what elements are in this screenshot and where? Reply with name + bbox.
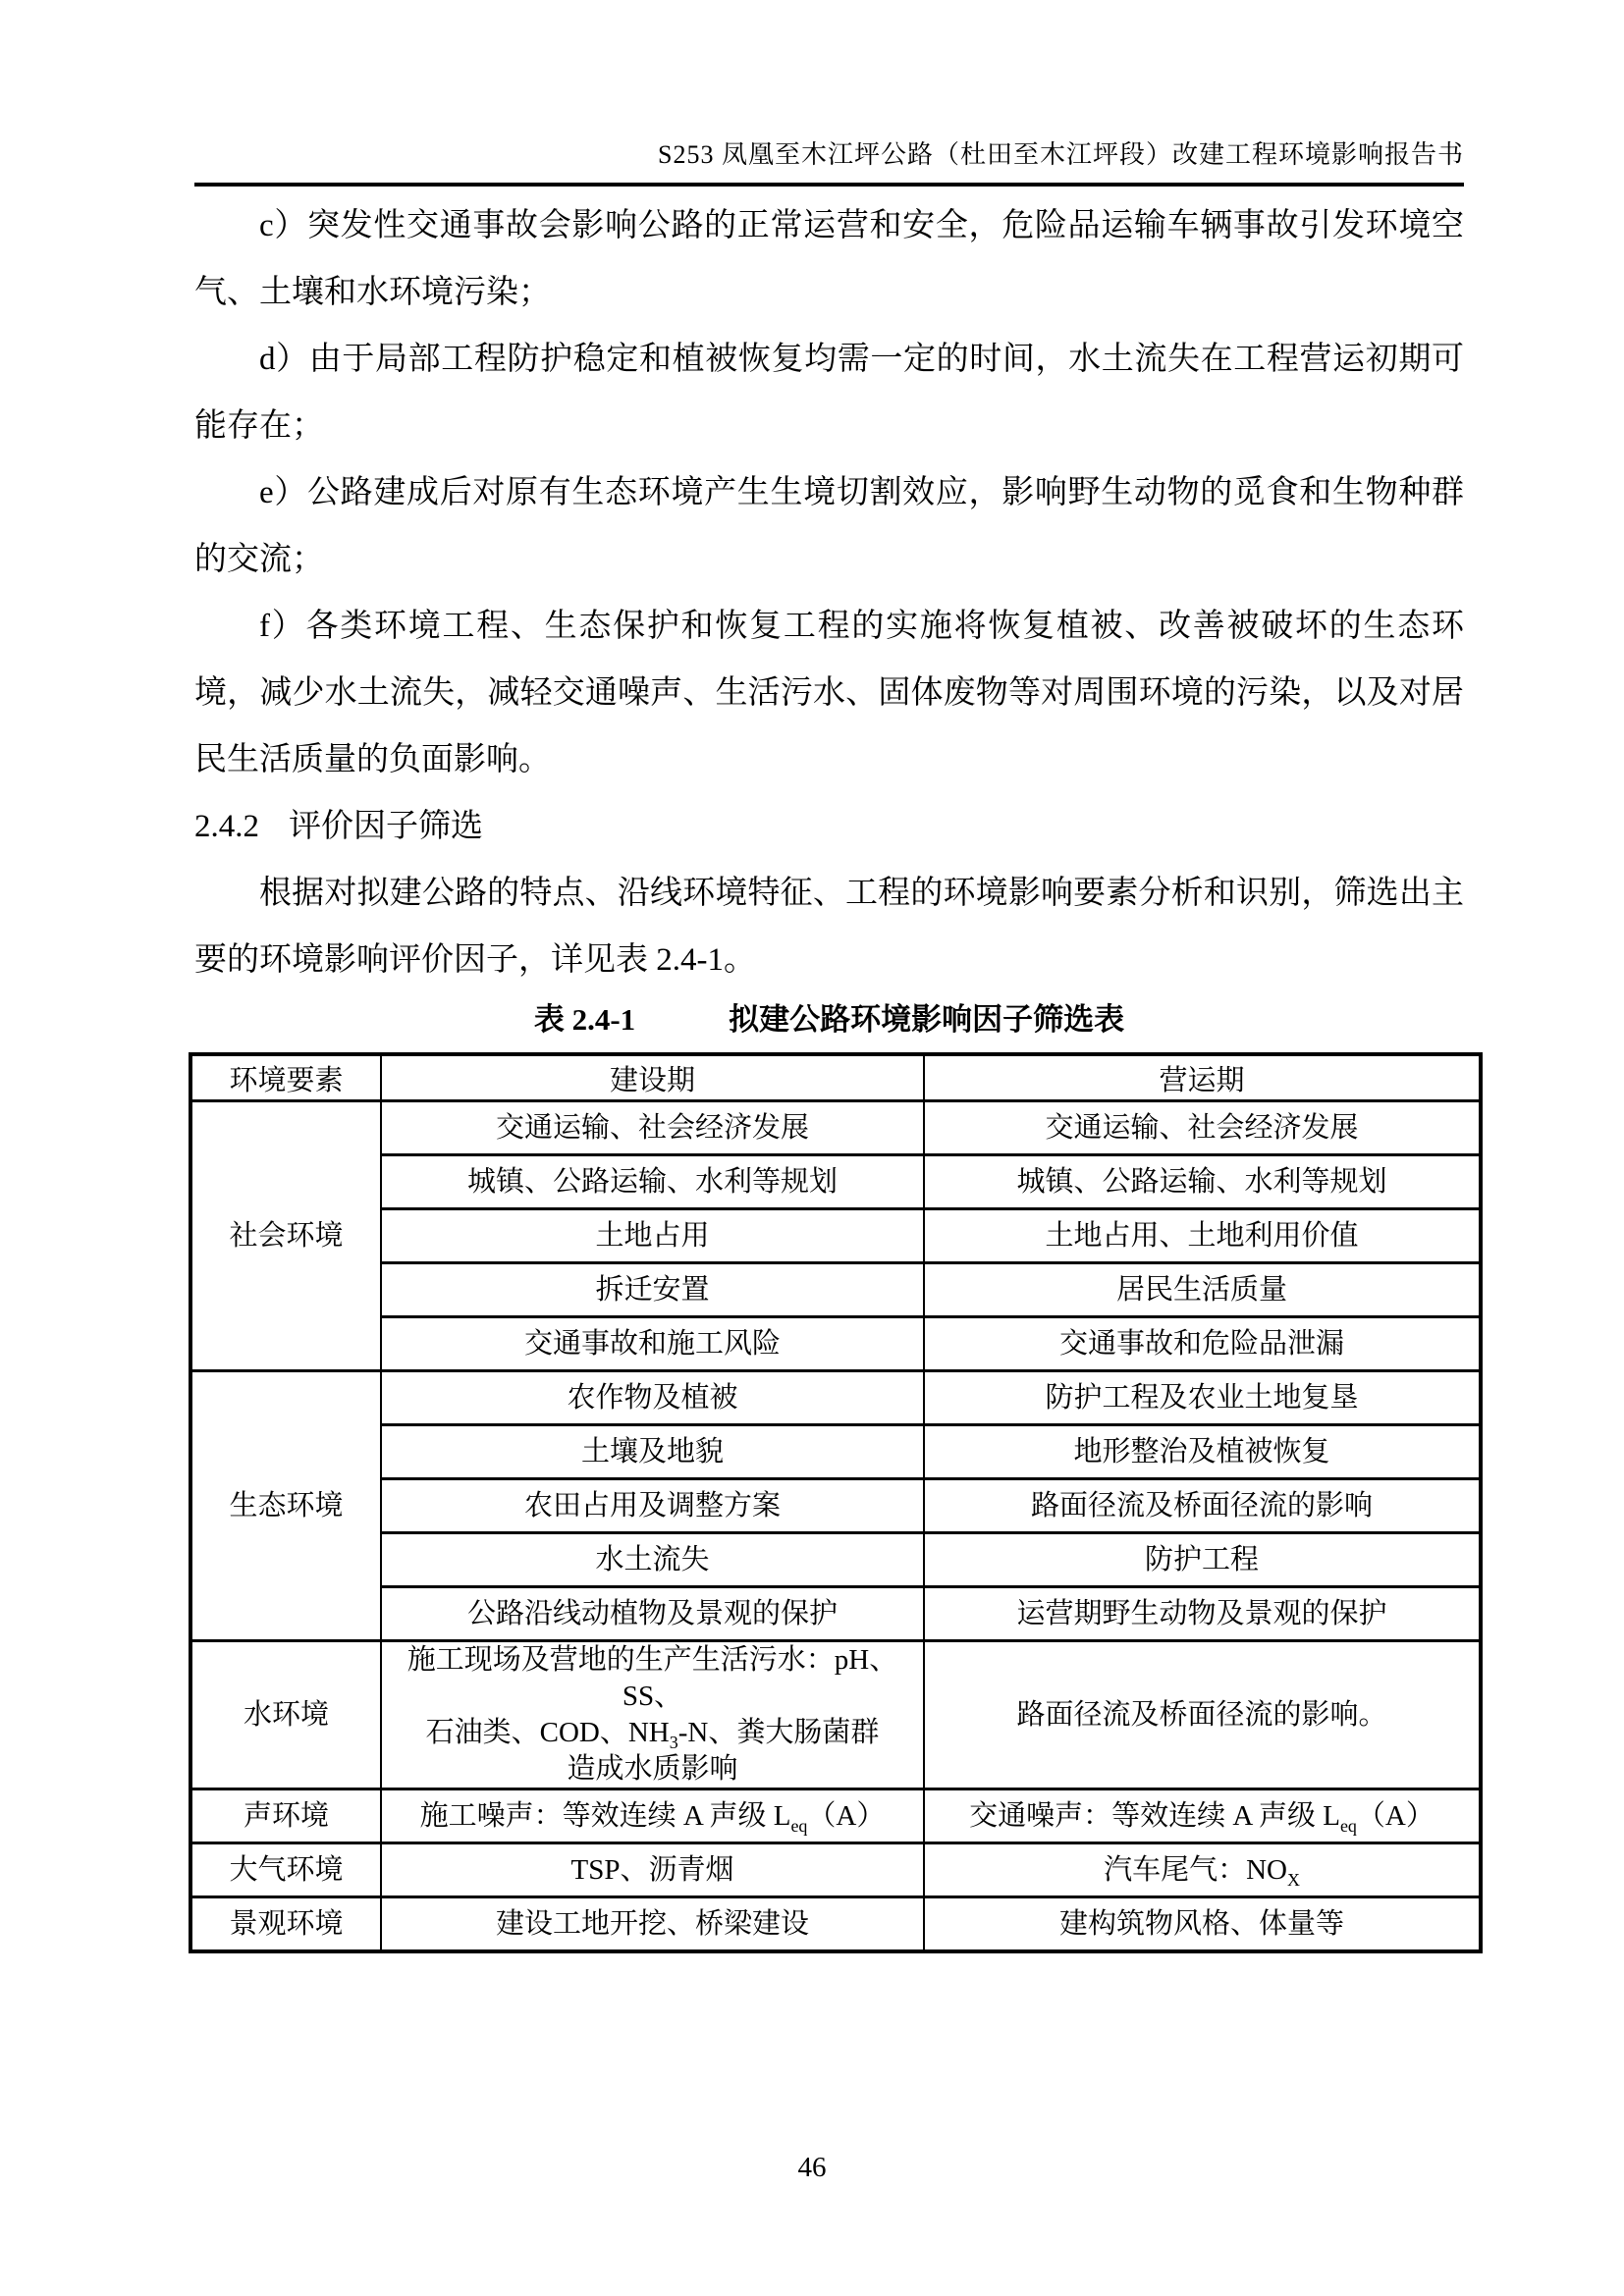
table-row: 水环境 施工现场及营地的生产生活污水：pH、SS、石油类、COD、NH3-N、粪… bbox=[190, 1641, 1481, 1789]
table-cell: 土地占用、土地利用价值 bbox=[924, 1209, 1481, 1263]
section-heading: 2.4.2评价因子筛选 bbox=[194, 793, 1464, 860]
table-cell: 土地占用 bbox=[381, 1209, 924, 1263]
page-content: c）突发性交通事故会影响公路的正常运营和安全，危险品运输车辆事故引发环境空气、土… bbox=[194, 192, 1464, 1953]
table-row: 土壤及地貌 地形整治及植被恢复 bbox=[190, 1425, 1481, 1479]
col-header-factor: 环境要素 bbox=[190, 1054, 381, 1101]
table-cell: 居民生活质量 bbox=[924, 1263, 1481, 1317]
table-cell: 防护工程及农业土地复垦 bbox=[924, 1371, 1481, 1425]
table-cell: 路面径流及桥面径流的影响 bbox=[924, 1479, 1481, 1533]
table-cell: TSP、沥青烟 bbox=[381, 1843, 924, 1897]
table-row: 城镇、公路运输、水利等规划 城镇、公路运输、水利等规划 bbox=[190, 1155, 1481, 1209]
impact-factor-table: 环境要素 建设期 营运期 社会环境 交通运输、社会经济发展 交通运输、社会经济发… bbox=[189, 1052, 1483, 1953]
intro-paragraph: 根据对拟建公路的特点、沿线环境特征、工程的环境影响要素分析和识别，筛选出主要的环… bbox=[194, 860, 1464, 993]
col-header-construction: 建设期 bbox=[381, 1054, 924, 1101]
table-cell: 拆迁安置 bbox=[381, 1263, 924, 1317]
section-number: 2.4.2 bbox=[194, 809, 259, 844]
factor-cell-air: 大气环境 bbox=[190, 1843, 381, 1897]
factor-cell-noise: 声环境 bbox=[190, 1789, 381, 1843]
table-row: 拆迁安置 居民生活质量 bbox=[190, 1263, 1481, 1317]
table-cell: 建设工地开挖、桥梁建设 bbox=[381, 1897, 924, 1952]
col-header-operation: 营运期 bbox=[924, 1054, 1481, 1101]
paragraph-f: f）各类环境工程、生态保护和恢复工程的实施将恢复植被、改善被破坏的生态环境，减少… bbox=[194, 593, 1464, 793]
table-cell: 交通运输、社会经济发展 bbox=[924, 1101, 1481, 1155]
table-cell: 交通运输、社会经济发展 bbox=[381, 1101, 924, 1155]
table-cell: 汽车尾气：NOX bbox=[924, 1843, 1481, 1897]
table-row: 农田占用及调整方案 路面径流及桥面径流的影响 bbox=[190, 1479, 1481, 1533]
table-cell: 水土流失 bbox=[381, 1533, 924, 1587]
table-cell: 施工噪声：等效连续 A 声级 Leq（A） bbox=[381, 1789, 924, 1843]
table-cell: 建构筑物风格、体量等 bbox=[924, 1897, 1481, 1952]
table-cell: 城镇、公路运输、水利等规划 bbox=[381, 1155, 924, 1209]
table-row: 土地占用 土地占用、土地利用价值 bbox=[190, 1209, 1481, 1263]
section-title: 评价因子筛选 bbox=[289, 809, 483, 844]
table-cell: 土壤及地貌 bbox=[381, 1425, 924, 1479]
table-row: 大气环境 TSP、沥青烟 汽车尾气：NOX bbox=[190, 1843, 1481, 1897]
table-header-row: 环境要素 建设期 营运期 bbox=[190, 1054, 1481, 1101]
page-footer: 46 bbox=[0, 2152, 1624, 2184]
table-row: 水土流失 防护工程 bbox=[190, 1533, 1481, 1587]
table-cell: 交通事故和危险品泄漏 bbox=[924, 1317, 1481, 1371]
table-caption-label: 表 2.4-1 bbox=[534, 1002, 635, 1037]
table-row: 交通事故和施工风险 交通事故和危险品泄漏 bbox=[190, 1317, 1481, 1371]
table-cell: 路面径流及桥面径流的影响。 bbox=[924, 1641, 1481, 1789]
table-row: 社会环境 交通运输、社会经济发展 交通运输、社会经济发展 bbox=[190, 1101, 1481, 1155]
table-caption: 表 2.4-1拟建公路环境影响因子筛选表 bbox=[194, 997, 1464, 1042]
table-row: 景观环境 建设工地开挖、桥梁建设 建构筑物风格、体量等 bbox=[190, 1897, 1481, 1952]
header-rule bbox=[194, 183, 1464, 187]
table-cell: 地形整治及植被恢复 bbox=[924, 1425, 1481, 1479]
document-page: S253 凤凰至木江坪公路（杜田至木江坪段）改建工程环境影响报告书 c）突发性交… bbox=[0, 0, 1624, 2296]
factor-cell-landscape: 景观环境 bbox=[190, 1897, 381, 1952]
page-header: S253 凤凰至木江坪公路（杜田至木江坪段）改建工程环境影响报告书 bbox=[194, 140, 1464, 187]
table-row: 声环境 施工噪声：等效连续 A 声级 Leq（A） 交通噪声：等效连续 A 声级… bbox=[190, 1789, 1481, 1843]
table-caption-title: 拟建公路环境影响因子筛选表 bbox=[729, 1002, 1124, 1037]
page-header-title: S253 凤凰至木江坪公路（杜田至木江坪段）改建工程环境影响报告书 bbox=[194, 140, 1464, 170]
table-cell: 交通噪声：等效连续 A 声级 Leq（A） bbox=[924, 1789, 1481, 1843]
table-cell: 交通事故和施工风险 bbox=[381, 1317, 924, 1371]
paragraph-e: e）公路建成后对原有生态环境产生生境切割效应，影响野生动物的觅食和生物种群的交流… bbox=[194, 459, 1464, 593]
table-cell: 运营期野生动物及景观的保护 bbox=[924, 1587, 1481, 1641]
table-cell: 农作物及植被 bbox=[381, 1371, 924, 1425]
factor-cell-water: 水环境 bbox=[190, 1641, 381, 1789]
table-cell: 施工现场及营地的生产生活污水：pH、SS、石油类、COD、NH3-N、粪大肠菌群… bbox=[381, 1641, 924, 1789]
paragraph-c: c）突发性交通事故会影响公路的正常运营和安全，危险品运输车辆事故引发环境空气、土… bbox=[194, 192, 1464, 326]
page-number: 46 bbox=[798, 2152, 827, 2183]
table-cell: 城镇、公路运输、水利等规划 bbox=[924, 1155, 1481, 1209]
table-cell: 公路沿线动植物及景观的保护 bbox=[381, 1587, 924, 1641]
factor-cell-social: 社会环境 bbox=[190, 1101, 381, 1371]
table-cell: 防护工程 bbox=[924, 1533, 1481, 1587]
paragraph-d: d）由于局部工程防护稳定和植被恢复均需一定的时间，水土流失在工程营运初期可能存在… bbox=[194, 326, 1464, 459]
table-cell: 农田占用及调整方案 bbox=[381, 1479, 924, 1533]
table-row: 生态环境 农作物及植被 防护工程及农业土地复垦 bbox=[190, 1371, 1481, 1425]
table-row: 公路沿线动植物及景观的保护 运营期野生动物及景观的保护 bbox=[190, 1587, 1481, 1641]
factor-cell-ecological: 生态环境 bbox=[190, 1371, 381, 1641]
